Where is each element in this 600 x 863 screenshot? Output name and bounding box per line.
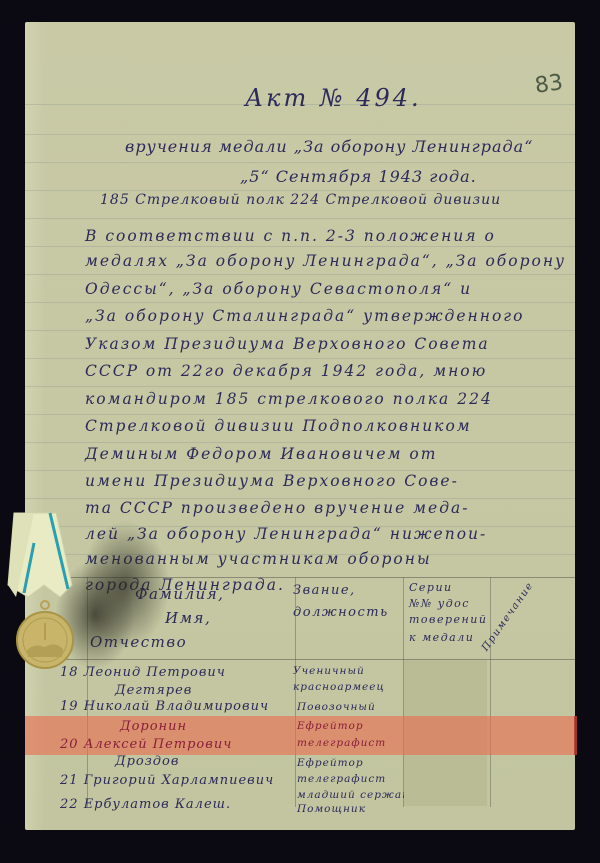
document-page: 83 Акт № 494. вручения медали „За оборон…	[25, 22, 575, 830]
ruled-line	[25, 190, 575, 191]
body-line: СССР от 22го декабря 1942 года, мною	[85, 362, 487, 380]
ruled-line	[25, 442, 575, 443]
ruled-line	[25, 414, 575, 415]
medal-icon	[0, 505, 80, 685]
body-line: имени Президиума Верховного Сове-	[85, 472, 459, 490]
body-line: та СССР произведено вручение меда-	[85, 499, 470, 517]
header-cert: Серии	[409, 581, 453, 594]
ruled-line	[25, 218, 575, 219]
table-column-divider	[490, 577, 491, 807]
header-rank: должность	[293, 605, 389, 620]
row-20-rank: телеграфист	[297, 737, 386, 749]
header-rank: Звание,	[293, 583, 356, 598]
body-line: Стрелковой дивизии Подполковником	[85, 417, 472, 435]
header-cert: товерений	[409, 613, 487, 626]
body-line: „За оборону Сталинграда“ утвержденного	[85, 307, 524, 325]
body-line: Деминым Федором Ивановичем от	[85, 445, 437, 463]
header-cert: к медали	[409, 631, 474, 644]
row-20-name: 20 Алексей Петрович	[60, 737, 232, 752]
row-22-rank: Помощник	[297, 803, 366, 815]
ruled-line	[25, 330, 575, 331]
ruled-line	[25, 246, 575, 247]
ruled-line	[25, 302, 575, 303]
row-21-rank: Ефрейтор	[297, 757, 364, 769]
row-22-name: 22 Ербулатов Калеш.	[60, 797, 231, 812]
document-viewer: 83 Акт № 494. вручения медали „За оборон…	[0, 0, 600, 863]
row-19-surname: Доронин	[120, 719, 187, 734]
act-unit: 185 Стрелковый полк 224 Стрелковой дивиз…	[100, 192, 501, 208]
row-19-rank: Повозочный	[297, 701, 376, 713]
row-18-rank: Ученичный	[293, 665, 365, 677]
ruled-line	[25, 470, 575, 471]
row-18-rank: красноармеец	[293, 681, 385, 693]
ruled-line	[25, 358, 575, 359]
body-line: Одессы“, „За оборону Севастополя“ и	[85, 280, 472, 298]
ruled-line	[25, 134, 575, 135]
row-18-surname: Дегтярев	[115, 683, 192, 698]
page-number: 83	[533, 70, 564, 99]
header-note: Примечание	[480, 580, 536, 653]
act-date: „5“ Сентября 1943 года.	[240, 167, 477, 186]
act-title: Акт № 494.	[245, 84, 422, 112]
ruled-line	[25, 274, 575, 275]
body-line: Указом Президиума Верховного Совета	[85, 335, 490, 353]
row-21-name: 21 Григорий Харлампиевич	[60, 773, 274, 788]
row-21-rank: телеграфист	[297, 773, 386, 785]
ruled-line	[25, 162, 575, 163]
row-22-rank: младший сержант	[297, 789, 421, 801]
ruled-line	[25, 386, 575, 387]
body-line: медалях „За оборону Ленинграда“, „За обо…	[85, 252, 566, 270]
highlight-edge	[574, 716, 577, 755]
body-line: командиром 185 стрелкового полка 224	[85, 390, 493, 408]
body-line: В соответствии с п.п. 2-3 положения о	[85, 227, 496, 245]
row-19-name: 19 Николай Владимирович	[60, 699, 269, 714]
header-cert: №№ удос	[409, 597, 470, 610]
header-name: Имя,	[165, 609, 211, 627]
row-20-surname: Дроздов	[115, 754, 179, 769]
act-subtitle: вручения медали „За оборону Ленинграда“	[125, 137, 533, 156]
row-20-rank: Ефрейтор	[297, 720, 364, 732]
